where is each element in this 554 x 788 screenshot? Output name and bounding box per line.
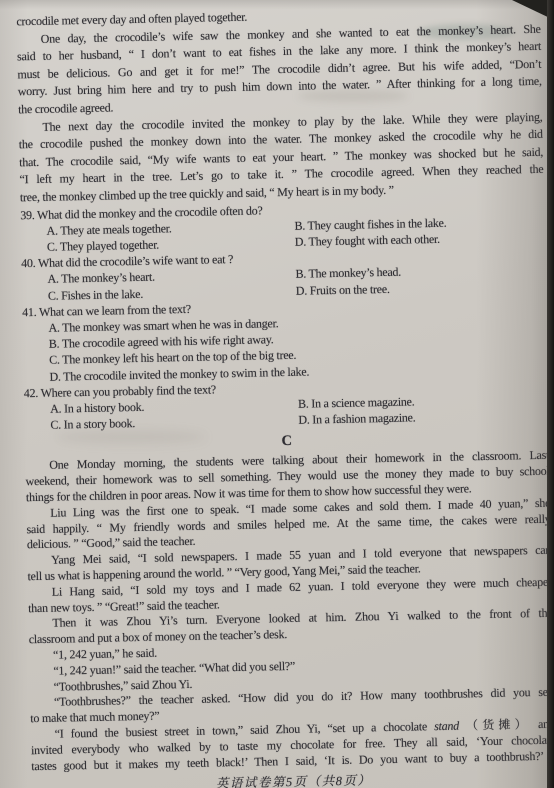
scanned-paper-background: crocodile met every day and often played…	[0, 0, 554, 788]
text-segment: （货摊） and	[459, 717, 554, 733]
passage-c-text: One Monday morning, the students were ta…	[25, 448, 554, 774]
text-body: crocodile met every day and often played…	[16, 3, 554, 788]
italic-term: stand	[434, 719, 459, 733]
passage-b-questions: 39. What did the monkey and the crocodil…	[20, 196, 548, 433]
photo-edge-shadow	[547, 0, 554, 788]
passage-b-text: crocodile met every day and often played…	[16, 3, 544, 207]
document-lines: crocodile met every day and often played…	[16, 3, 554, 775]
